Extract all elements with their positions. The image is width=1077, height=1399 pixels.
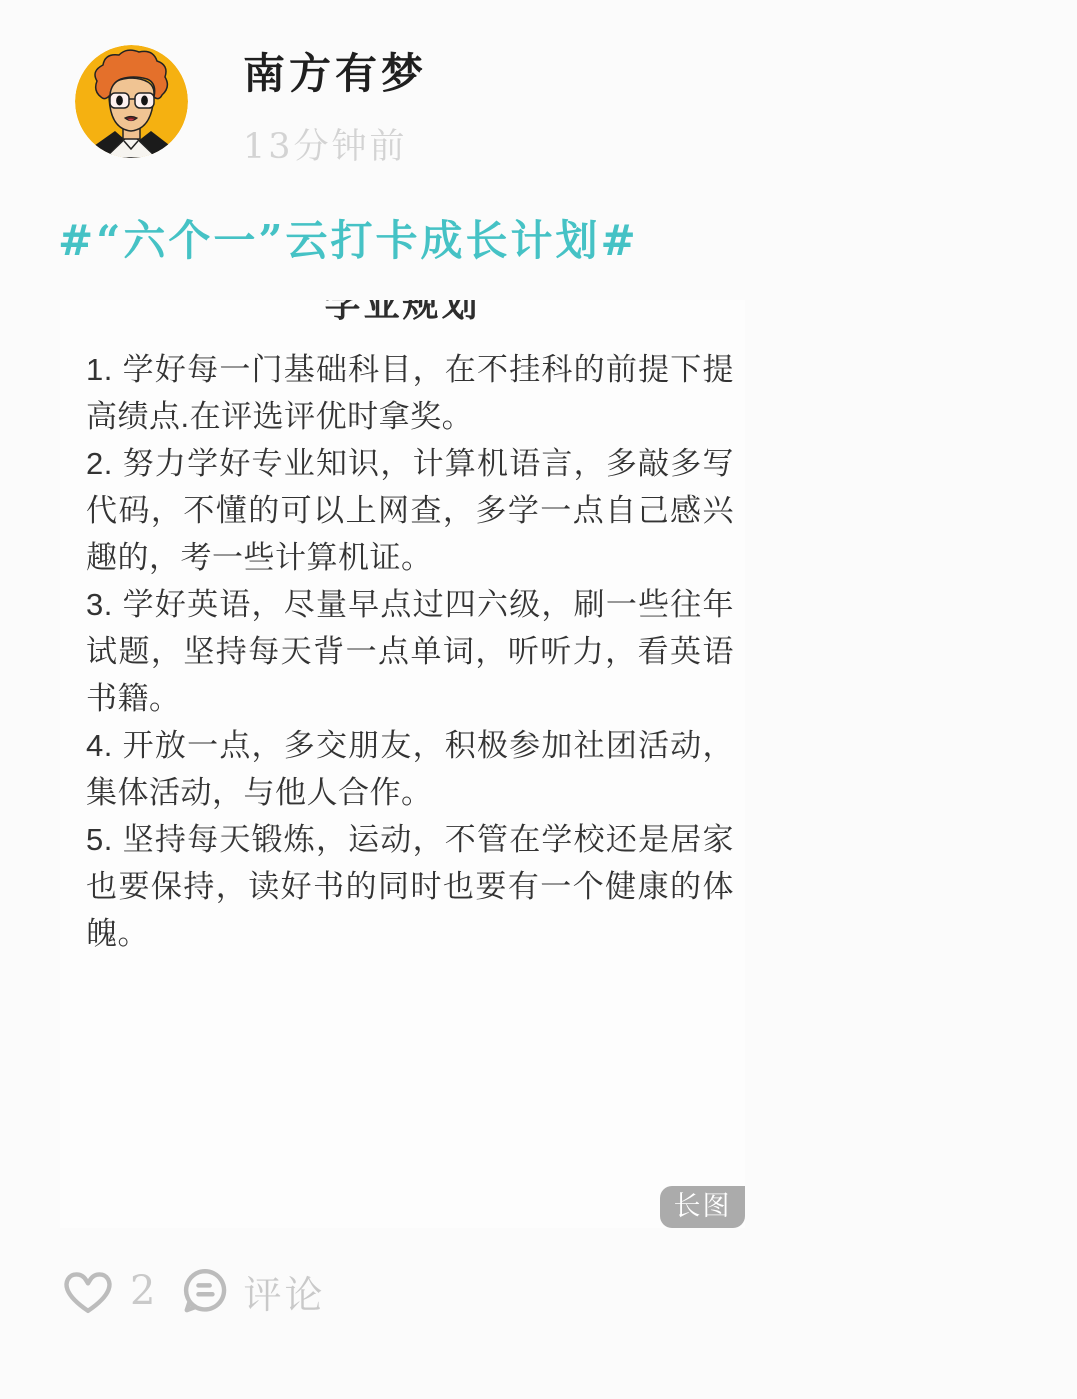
image-title-cropped: 学业规划 — [60, 300, 745, 326]
image-text-body: 1. 学好每一门基础科目，在不挂科的前提下提高绩点.在评选评优时拿奖。 2. 努… — [86, 346, 734, 957]
plan-item-5: 5. 坚持每天锻炼，运动，不管在学校还是居家也要保持，读好书的同时也要有一个健康… — [86, 816, 734, 957]
cartoon-boy-avatar-icon — [75, 45, 188, 158]
plan-item-4: 4. 开放一点，多交朋友，积极参加社团活动，集体活动，与他人合作。 — [86, 722, 734, 816]
like-count: 2 — [130, 1268, 155, 1314]
plan-item-3: 3. 学好英语，尽量早点过四六级，刷一些往年试题，坚持每天背一点单词，听听力，看… — [86, 581, 734, 722]
post-image[interactable]: 学业规划 1. 学好每一门基础科目，在不挂科的前提下提高绩点.在评选评优时拿奖。… — [60, 300, 745, 1228]
post-header: 南方有梦 13分钟前 — [75, 45, 427, 169]
action-bar: 2 评论 — [60, 1263, 325, 1319]
username[interactable]: 南方有梦 — [243, 51, 427, 97]
comment-bubble-icon[interactable] — [177, 1263, 233, 1319]
like-heart-icon[interactable] — [60, 1263, 116, 1319]
plan-item-1: 1. 学好每一门基础科目，在不挂科的前提下提高绩点.在评选评优时拿奖。 — [86, 346, 734, 440]
plan-item-2: 2. 努力学好专业知识，计算机语言，多敲多写代码，不懂的可以上网查，多学一点自己… — [86, 440, 734, 581]
timestamp: 13分钟前 — [243, 119, 427, 169]
long-image-badge: 长图 — [660, 1186, 745, 1228]
comment-label[interactable]: 评论 — [243, 1264, 325, 1319]
post-card: 南方有梦 13分钟前 #“六个一”云打卡成长计划# 学业规划 1. 学好每一门基… — [0, 0, 1077, 1399]
image-title-text: 学业规划 — [324, 300, 480, 324]
avatar[interactable] — [75, 45, 188, 158]
header-text: 南方有梦 13分钟前 — [243, 45, 427, 169]
hashtag-topic-link[interactable]: #“六个一”云打卡成长计划# — [58, 208, 639, 268]
